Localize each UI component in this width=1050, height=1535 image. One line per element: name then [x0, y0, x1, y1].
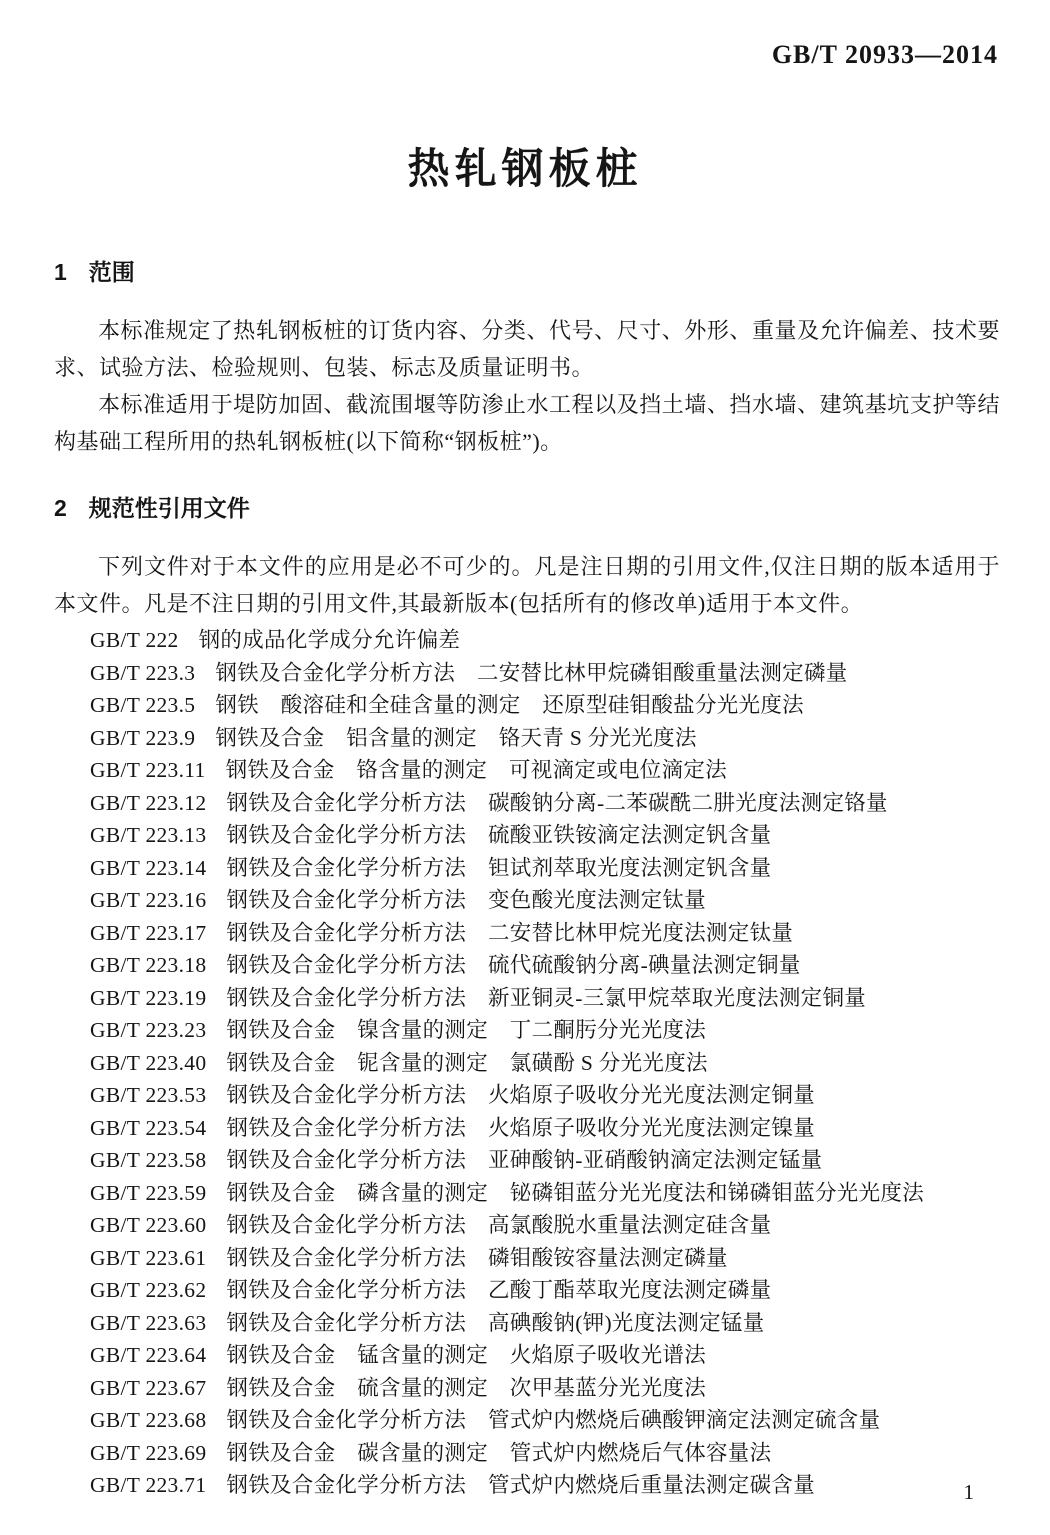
reference-title: 钢铁及合金化学分析方法 乙酸丁酯萃取光度法测定磷量: [226, 1278, 771, 1302]
reference-code: GB/T 223.19: [90, 986, 206, 1010]
document-title: 热轧钢板桩: [0, 136, 1050, 196]
reference-code: GB/T 223.18: [90, 953, 206, 977]
reference-code: GB/T 223.9: [90, 726, 195, 750]
reference-code: GB/T 223.54: [90, 1116, 206, 1140]
reference-item: GB/T 223.9钢铁及合金 铝含量的测定 铬天青 S 分光光度法: [54, 722, 1000, 755]
reference-code: GB/T 223.11: [90, 758, 206, 782]
reference-item: GB/T 223.23钢铁及合金 镍含量的测定 丁二酮肟分光光度法: [54, 1014, 1000, 1047]
reference-item: GB/T 223.13钢铁及合金化学分析方法 硫酸亚铁铵滴定法测定钒含量: [54, 819, 1000, 852]
normative-refs-intro: 下列文件对于本文件的应用是必不可少的。凡是注日期的引用文件,仅注日期的版本适用于…: [54, 548, 1000, 622]
reference-title: 钢铁及合金化学分析方法 新亚铜灵-三氯甲烷萃取光度法测定铜量: [226, 986, 866, 1010]
reference-title: 钢铁 酸溶硅和全硅含量的测定 还原型硅钼酸盐分光光度法: [215, 693, 804, 717]
reference-code: GB/T 223.3: [90, 661, 195, 685]
reference-item: GB/T 223.63钢铁及合金化学分析方法 高碘酸钠(钾)光度法测定锰量: [54, 1307, 1000, 1340]
reference-title: 钢铁及合金化学分析方法 火焰原子吸收分光光度法测定镍量: [226, 1116, 815, 1140]
reference-code: GB/T 223.61: [90, 1246, 206, 1270]
reference-item: GB/T 223.53钢铁及合金化学分析方法 火焰原子吸收分光光度法测定铜量: [54, 1079, 1000, 1112]
reference-code: GB/T 223.60: [90, 1213, 206, 1237]
reference-item: GB/T 223.60钢铁及合金化学分析方法 高氯酸脱水重量法测定硅含量: [54, 1209, 1000, 1242]
reference-title: 钢铁及合金化学分析方法 变色酸光度法测定钛量: [226, 888, 706, 912]
reference-code: GB/T 223.63: [90, 1311, 206, 1335]
reference-item: GB/T 223.54钢铁及合金化学分析方法 火焰原子吸收分光光度法测定镍量: [54, 1112, 1000, 1145]
reference-item: GB/T 223.64钢铁及合金 锰含量的测定 火焰原子吸收光谱法: [54, 1339, 1000, 1372]
section-1-number: 1: [54, 259, 67, 285]
reference-code: GB/T 223.23: [90, 1018, 206, 1042]
reference-title: 钢铁及合金 镍含量的测定 丁二酮肟分光光度法: [226, 1018, 706, 1042]
reference-item: GB/T 223.14钢铁及合金化学分析方法 钽试剂萃取光度法测定钒含量: [54, 852, 1000, 885]
reference-code: GB/T 223.14: [90, 856, 206, 880]
reference-list: GB/T 222钢的成品化学成分允许偏差GB/T 223.3钢铁及合金化学分析方…: [54, 624, 1000, 1502]
reference-item: GB/T 223.17钢铁及合金化学分析方法 二安替比林甲烷光度法测定钛量: [54, 917, 1000, 950]
reference-code: GB/T 223.5: [90, 693, 195, 717]
section-2-heading: 2规范性引用文件: [54, 493, 1000, 524]
reference-item: GB/T 223.18钢铁及合金化学分析方法 硫代硫酸钠分离-碘量法测定铜量: [54, 949, 1000, 982]
reference-title: 钢铁及合金化学分析方法 高氯酸脱水重量法测定硅含量: [226, 1213, 771, 1237]
reference-title: 钢铁及合金化学分析方法 二安替比林甲烷磷钼酸重量法测定磷量: [215, 661, 847, 685]
reference-title: 钢铁及合金化学分析方法 硫酸亚铁铵滴定法测定钒含量: [226, 823, 771, 847]
reference-code: GB/T 223.12: [90, 791, 206, 815]
reference-code: GB/T 223.71: [90, 1473, 206, 1497]
reference-item: GB/T 223.71钢铁及合金化学分析方法 管式炉内燃烧后重量法测定碳含量: [54, 1469, 1000, 1502]
reference-item: GB/T 223.59钢铁及合金 磷含量的测定 铋磷钼蓝分光光度法和锑磷钼蓝分光…: [54, 1177, 1000, 1210]
reference-item: GB/T 223.62钢铁及合金化学分析方法 乙酸丁酯萃取光度法测定磷量: [54, 1274, 1000, 1307]
reference-item: GB/T 223.61钢铁及合金化学分析方法 磷钼酸铵容量法测定磷量: [54, 1242, 1000, 1275]
section-1-label: 范围: [89, 259, 135, 285]
reference-title: 钢铁及合金化学分析方法 硫代硫酸钠分离-碘量法测定铜量: [226, 953, 800, 977]
reference-code: GB/T 223.68: [90, 1408, 206, 1432]
reference-item: GB/T 223.68钢铁及合金化学分析方法 管式炉内燃烧后碘酸钾滴定法测定硫含…: [54, 1404, 1000, 1437]
reference-title: 钢铁及合金化学分析方法 火焰原子吸收分光光度法测定铜量: [226, 1083, 815, 1107]
reference-title: 钢铁及合金 铝含量的测定 铬天青 S 分光光度法: [215, 726, 696, 750]
reference-item: GB/T 223.12钢铁及合金化学分析方法 碳酸钠分离-二苯碳酰二肼光度法测定…: [54, 787, 1000, 820]
reference-code: GB/T 223.69: [90, 1441, 206, 1465]
reference-item: GB/T 223.69钢铁及合金 碳含量的测定 管式炉内燃烧后气体容量法: [54, 1437, 1000, 1470]
reference-item: GB/T 223.3钢铁及合金化学分析方法 二安替比林甲烷磷钼酸重量法测定磷量: [54, 657, 1000, 690]
reference-code: GB/T 223.62: [90, 1278, 206, 1302]
page-number: 1: [964, 1480, 975, 1505]
reference-code: GB/T 222: [90, 628, 179, 652]
reference-item: GB/T 223.67钢铁及合金 硫含量的测定 次甲基蓝分光光度法: [54, 1372, 1000, 1405]
reference-code: GB/T 223.16: [90, 888, 206, 912]
reference-item: GB/T 222钢的成品化学成分允许偏差: [54, 624, 1000, 657]
document-page: GB/T 20933—2014 热轧钢板桩 1范围 本标准规定了热轧钢板桩的订货…: [0, 0, 1050, 1535]
reference-title: 钢铁及合金 铌含量的测定 氯磺酚 S 分光光度法: [226, 1051, 707, 1075]
standard-number: GB/T 20933—2014: [772, 40, 998, 70]
reference-item: GB/T 223.58钢铁及合金化学分析方法 亚砷酸钠-亚硝酸钠滴定法测定锰量: [54, 1144, 1000, 1177]
scope-paragraph-1: 本标准规定了热轧钢板桩的订货内容、分类、代号、尺寸、外形、重量及允许偏差、技术要…: [54, 312, 1000, 386]
reference-title: 钢铁及合金化学分析方法 高碘酸钠(钾)光度法测定锰量: [226, 1311, 764, 1335]
reference-item: GB/T 223.19钢铁及合金化学分析方法 新亚铜灵-三氯甲烷萃取光度法测定铜…: [54, 982, 1000, 1015]
reference-title: 钢铁及合金 铬含量的测定 可视滴定或电位滴定法: [226, 758, 727, 782]
reference-item: GB/T 223.5钢铁 酸溶硅和全硅含量的测定 还原型硅钼酸盐分光光度法: [54, 689, 1000, 722]
reference-title: 钢的成品化学成分允许偏差: [199, 628, 461, 652]
section-2-number: 2: [54, 495, 67, 521]
page-content: 1范围 本标准规定了热轧钢板桩的订货内容、分类、代号、尺寸、外形、重量及允许偏差…: [54, 245, 1000, 1502]
reference-title: 钢铁及合金 碳含量的测定 管式炉内燃烧后气体容量法: [226, 1441, 771, 1465]
reference-code: GB/T 223.58: [90, 1148, 206, 1172]
reference-title: 钢铁及合金化学分析方法 磷钼酸铵容量法测定磷量: [226, 1246, 727, 1270]
reference-item: GB/T 223.11钢铁及合金 铬含量的测定 可视滴定或电位滴定法: [54, 754, 1000, 787]
reference-title: 钢铁及合金化学分析方法 管式炉内燃烧后碘酸钾滴定法测定硫含量: [226, 1408, 880, 1432]
reference-code: GB/T 223.67: [90, 1376, 206, 1400]
reference-title: 钢铁及合金化学分析方法 亚砷酸钠-亚硝酸钠滴定法测定锰量: [226, 1148, 822, 1172]
section-1-heading: 1范围: [54, 257, 1000, 288]
reference-code: GB/T 223.13: [90, 823, 206, 847]
reference-title: 钢铁及合金 硫含量的测定 次甲基蓝分光光度法: [226, 1376, 706, 1400]
reference-title: 钢铁及合金 磷含量的测定 铋磷钼蓝分光光度法和锑磷钼蓝分光光度法: [226, 1181, 924, 1205]
reference-title: 钢铁及合金 锰含量的测定 火焰原子吸收光谱法: [226, 1343, 706, 1367]
reference-item: GB/T 223.16钢铁及合金化学分析方法 变色酸光度法测定钛量: [54, 884, 1000, 917]
reference-code: GB/T 223.17: [90, 921, 206, 945]
reference-code: GB/T 223.59: [90, 1181, 206, 1205]
reference-title: 钢铁及合金化学分析方法 钽试剂萃取光度法测定钒含量: [226, 856, 771, 880]
reference-title: 钢铁及合金化学分析方法 管式炉内燃烧后重量法测定碳含量: [226, 1473, 815, 1497]
reference-item: GB/T 223.40钢铁及合金 铌含量的测定 氯磺酚 S 分光光度法: [54, 1047, 1000, 1080]
reference-code: GB/T 223.53: [90, 1083, 206, 1107]
section-2-label: 规范性引用文件: [89, 495, 250, 521]
reference-code: GB/T 223.64: [90, 1343, 206, 1367]
scope-paragraph-2: 本标准适用于堤防加固、截流围堰等防渗止水工程以及挡土墙、挡水墙、建筑基坑支护等结…: [54, 386, 1000, 460]
reference-title: 钢铁及合金化学分析方法 二安替比林甲烷光度法测定钛量: [226, 921, 793, 945]
reference-code: GB/T 223.40: [90, 1051, 206, 1075]
reference-title: 钢铁及合金化学分析方法 碳酸钠分离-二苯碳酰二肼光度法测定铬量: [226, 791, 887, 815]
